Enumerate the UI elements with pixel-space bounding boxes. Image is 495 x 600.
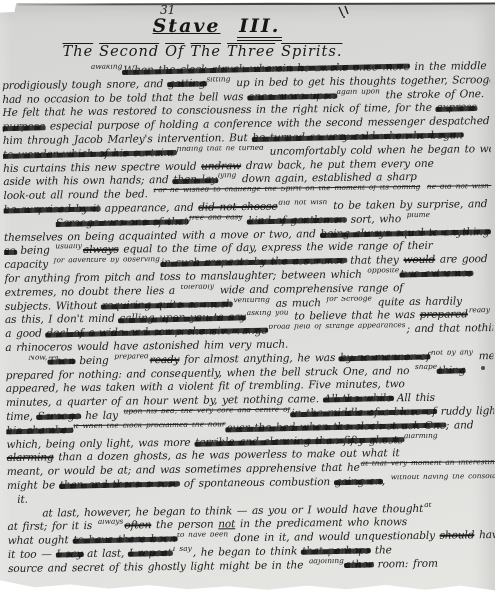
deleted-text: to wonder which of his curtains [3, 147, 176, 161]
manuscript-word: All this [392, 392, 435, 405]
manuscript-word: done in it, and would unquestionably [229, 530, 440, 545]
deleted-text: deal of a wide and comprehensive range [46, 325, 267, 340]
deleted-text: purpose [3, 121, 46, 134]
underlined-word: not [218, 519, 235, 531]
manuscript-word: room: from [373, 557, 438, 570]
manuscript-word: in the predicament who knows [235, 516, 407, 530]
subtitle-word: Of [165, 44, 184, 60]
inserted-text: adjoining [309, 557, 344, 565]
inserted-text: at [424, 502, 432, 509]
manuscript-word: ; and that nothing between a baby and [406, 322, 493, 335]
deleted-text: going on [335, 475, 382, 488]
manuscript-word: him through Jacob Marley's intervention.… [3, 132, 253, 147]
deleted-text: be surprised by it [4, 203, 101, 216]
inserted-text: for Scrooge [326, 295, 371, 303]
manuscript-word: it. [17, 493, 28, 505]
deleted-text: so [4, 245, 16, 257]
subtitle-word: Three [227, 44, 275, 60]
struck-text: would [403, 254, 435, 266]
deleted-text: Then [48, 355, 75, 367]
manuscript-word [421, 185, 426, 197]
manuscript-word: wide and comprehensive range of [215, 282, 403, 296]
deleted-text: being always equal to anything [320, 226, 489, 240]
manuscript-word: had no occasion to be told that the bell… [2, 91, 248, 106]
struck-text: alarming [7, 452, 54, 465]
manuscript-word: for almost anything, he was [179, 352, 340, 366]
manuscript-word: a rhinoceros would have astonished him v… [5, 338, 288, 353]
struck-text: always [83, 244, 119, 256]
deleted-text: once more upon [248, 90, 336, 103]
manuscript-word: draw back, he put them every one [241, 157, 434, 171]
manuscript-word: that they [345, 254, 403, 267]
stray-ink-mark [336, 5, 350, 21]
manuscript-word: the [370, 544, 392, 556]
deleted-text: Scrooge was one of that [56, 216, 188, 230]
manuscript-word: means [474, 350, 494, 362]
manuscript-word: uncomfortably cold when he began to wond… [265, 143, 491, 158]
manuscript-text: awakingWhen the clock struck wherein he … [2, 60, 495, 576]
struck-insertion: at that very moment an interesting case [361, 460, 495, 468]
inserted-text: alarming [404, 433, 438, 440]
deleted-text: All the while [324, 392, 393, 405]
manuscript-word: quite as hardily [373, 295, 462, 308]
struck-text: should [440, 529, 475, 541]
manuscript-word: have done [474, 529, 495, 541]
deleted-text: that perhaps [302, 544, 370, 557]
manuscript-word: for [491, 308, 493, 320]
manuscript-word: being [16, 245, 55, 257]
manuscript-word: as much [271, 297, 326, 310]
deleted-text: his chamber [6, 424, 72, 437]
photo-backdrop: 31 Stave III. TheSecondOfTheThreeSpirits… [0, 0, 495, 600]
deleted-text: by no manner of [340, 351, 430, 364]
manuscript-word: he lay [80, 409, 122, 422]
deleted-text: Scrooge [37, 410, 80, 423]
deleted-text: he turned so very cold when he began [252, 129, 463, 144]
manuscript-word: his curtains this new spectre would [3, 160, 201, 174]
manuscript-word: ruddy light which streamed [436, 405, 494, 418]
inserted-text: opposite [367, 267, 399, 275]
deleted-text: in the middle of a blaze of [291, 406, 436, 420]
inserted-text: shape [415, 364, 437, 371]
deleted-text: calling upon you to say [119, 311, 246, 325]
manuscript-word: are good [435, 253, 488, 266]
subtitle-word: The [190, 44, 221, 60]
manuscript-word: subjects. Without [5, 299, 102, 312]
deleted-text: other [345, 558, 373, 570]
deleted-text: I repeat [129, 547, 172, 560]
struck-insertion: he did not wish to [427, 184, 492, 191]
manuscript-word: to be taken by surprise, and made nervou… [328, 198, 491, 212]
deleted-text: I say [56, 548, 82, 560]
manuscript-word: , he began to think [193, 545, 302, 558]
manuscript-word: up in bed to get his thoughts together, … [231, 74, 490, 89]
inserted-text: ready [469, 308, 490, 314]
manuscript-word: in the middle of a [410, 60, 490, 73]
manuscript-word: what ought [8, 534, 74, 547]
manuscript-word: a good [5, 328, 46, 341]
manuscript-word: aside with his own hands; and [3, 174, 173, 188]
deleted-text: to have there been [73, 533, 176, 546]
deleted-text: getting [168, 77, 206, 89]
stave-word: Stave [153, 15, 221, 37]
struck-text: did not choose [198, 201, 277, 214]
deleted-text: thing [438, 364, 465, 376]
manuscript-word: the stroke of One. [381, 88, 484, 101]
manuscript-word: of spontaneous combustion [179, 476, 335, 490]
manuscript-word: appearance, and [100, 202, 198, 215]
deleted-text: express [436, 102, 476, 114]
manuscript-word: look-out all round the bed. [3, 188, 152, 202]
manuscript-word: prodigiously tough snore, and [2, 78, 168, 92]
inserted-text: not by any [431, 350, 473, 357]
subtitle-word: The [63, 44, 94, 60]
deleted-text: requiring quite as much [102, 298, 233, 312]
manuscript-word: ; and [446, 419, 474, 431]
subtitle: TheSecondOfTheThreeSpirits. [0, 44, 405, 60]
subtitle-word: Second [99, 44, 159, 60]
manuscript-word: being [75, 354, 114, 366]
deleted-text: terrible and alarming than fifty ghosts [195, 434, 403, 449]
manuscript-word: extremes, no doubt there lies a [5, 285, 180, 299]
manuscript-word: sort, who [346, 213, 406, 226]
inserted-text: again upon [337, 88, 380, 96]
struck-text: ready [150, 354, 180, 366]
manuscript-word: might be [7, 479, 60, 492]
subtitle-word: Spirits. [281, 44, 342, 60]
deleted-text: kind of gentlemen [248, 214, 346, 227]
manuscript-word: time, [6, 411, 37, 423]
manuscript-word: as this, I don't mind [5, 313, 120, 326]
deleted-text: then lay [173, 174, 217, 187]
inserted-text: plume [407, 212, 430, 219]
deleted-text: two extremes [400, 267, 473, 280]
manuscript-word: at first; for it is [7, 520, 97, 533]
deleted-text: When the clock struck wherein he awoke o… [123, 61, 409, 76]
manuscript-word: down again, established a sharp [237, 171, 417, 185]
manuscript-word: at last, [82, 547, 129, 560]
deleted-text: in such respects by the assurance [161, 255, 346, 269]
manuscript-word: it too — [8, 548, 57, 561]
manuscript-word: the person [151, 519, 218, 532]
stave-numeral: III. [237, 15, 282, 41]
deleted-text: over the bed when the clock struck One [226, 419, 445, 434]
struck-text: often [124, 520, 151, 532]
manuscript-word: to believe that he was [290, 309, 420, 323]
stave-heading: Stave III. [0, 15, 435, 37]
manuscript-word: capacity [4, 259, 53, 272]
struck-text: prepared [420, 309, 468, 322]
inserted-text: without having the consolation of knowin… [391, 474, 495, 481]
deleted-text: then and there a case [60, 478, 180, 491]
manuscript-word: source and secret of this ghostly light … [8, 559, 308, 575]
manuscript-word: which, being only light, was more [6, 436, 195, 450]
struck-text: undraw [201, 160, 241, 172]
